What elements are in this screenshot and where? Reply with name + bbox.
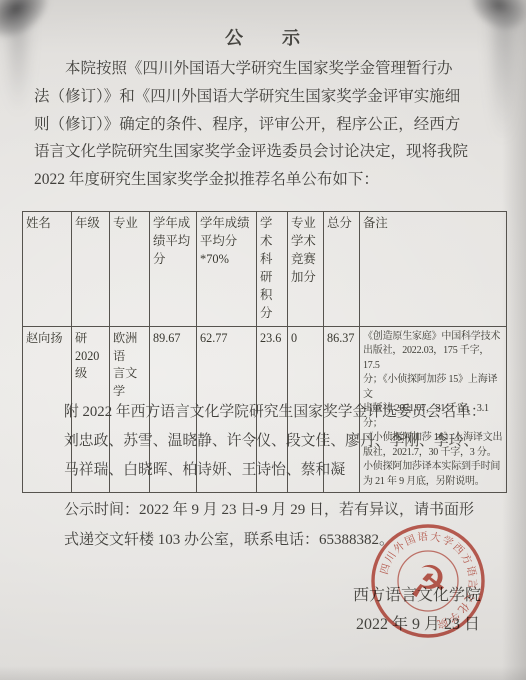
table-header-row: 姓名 年级 专业 学年成绩平均分 学年成绩平均分*70% 学术科研积分 专业学术…	[23, 212, 507, 327]
hammer-sickle-icon: ☭	[408, 557, 447, 608]
announcement-body: 本院按照《四川外国语大学研究生国家奖学金管理暂行办 法（修订）》和《四川外国语大…	[34, 55, 494, 194]
official-seal: 四川外国语大学西方语言文化学院 ☭	[368, 521, 488, 641]
scan-shadow-bottom-edge	[0, 666, 526, 680]
col-header-name: 姓名	[23, 212, 72, 327]
col-header-major: 专业	[110, 212, 150, 327]
col-header-total: 总分	[324, 212, 360, 327]
appendix-heading: 附 2022 年西方语言文化学院研究生国家奖学金评选委员会名单：	[64, 398, 492, 427]
col-header-avg-score: 学年成绩平均分	[150, 212, 197, 327]
col-header-competition-bonus: 专业学术竞赛加分	[288, 212, 324, 327]
col-header-grade: 年级	[72, 212, 110, 327]
page-title: 公 示	[0, 24, 526, 50]
col-header-avg-score-70pct: 学年成绩平均分*70%	[197, 212, 257, 327]
committee-members-list: 刘忠政、苏雪、温晓静、许令仪、段文佳、廖丹、李刚、李玲、 马祥瑞、白晓晖、柏诗妍…	[64, 427, 492, 485]
col-header-research-points: 学术科研积分	[257, 212, 288, 327]
committee-appendix: 附 2022 年西方语言文化学院研究生国家奖学金评选委员会名单： 刘忠政、苏雪、…	[64, 398, 492, 485]
col-header-notes: 备注	[360, 212, 507, 327]
scanned-announcement-page: 公 示 本院按照《四川外国语大学研究生国家奖学金管理暂行办 法（修订）》和《四川…	[0, 0, 526, 680]
